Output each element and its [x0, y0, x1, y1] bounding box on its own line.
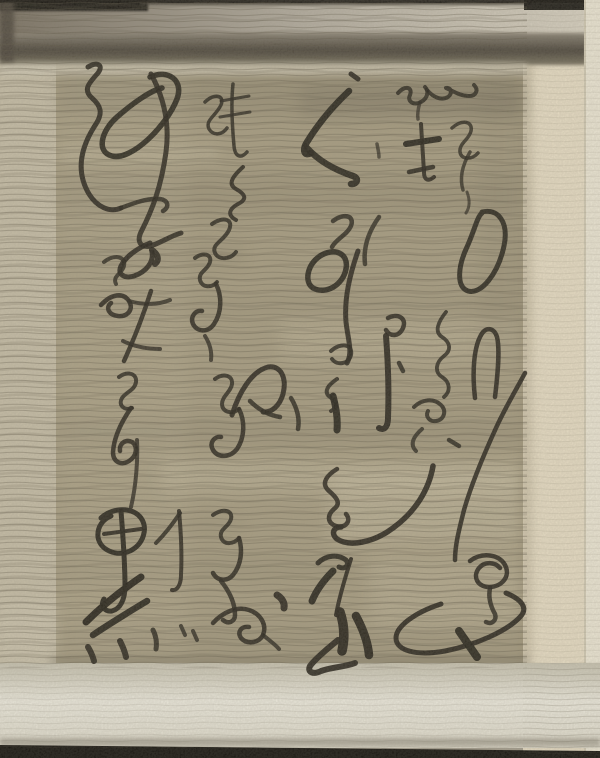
film-grain-overlay: [0, 0, 600, 758]
calligraphy-photograph: [0, 0, 600, 758]
photo-canvas: [0, 0, 600, 758]
